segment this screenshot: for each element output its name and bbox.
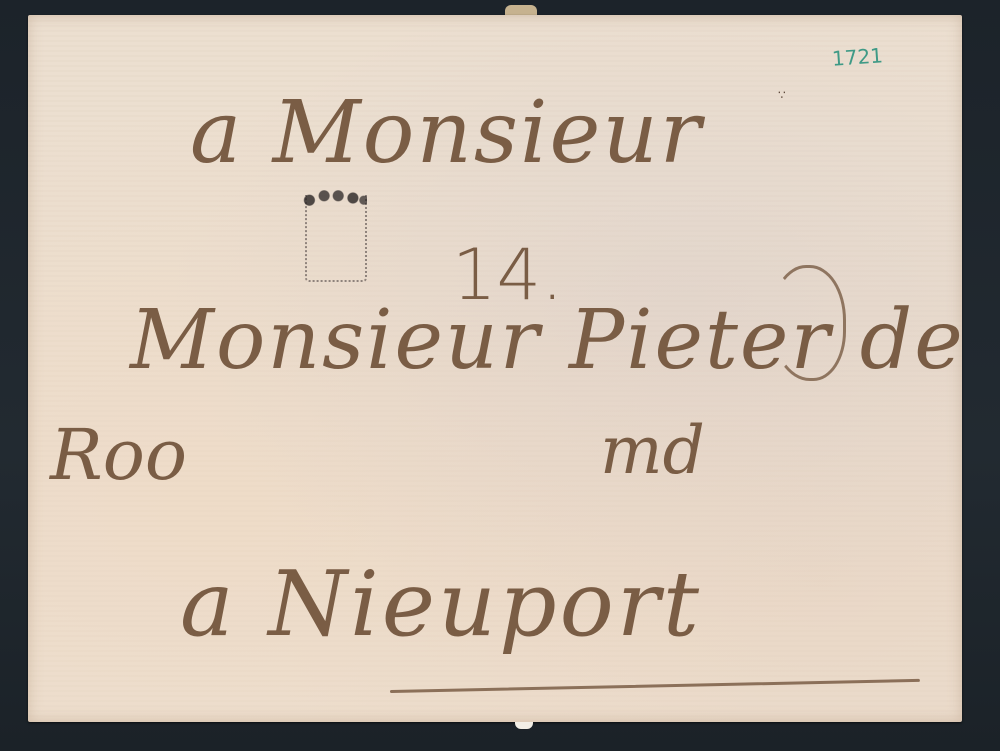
address-line-4-destination: a Nieuport bbox=[180, 560, 702, 650]
address-line-3-abbrev: md bbox=[600, 418, 705, 484]
docket-year: 1721 bbox=[831, 43, 883, 70]
address-line-1: a Monsieur bbox=[190, 90, 703, 176]
paper-tab-bottom bbox=[515, 722, 533, 729]
ink-tick: ∵ bbox=[778, 88, 788, 100]
flourish-icon bbox=[770, 265, 846, 381]
crown-stamp-icon bbox=[305, 195, 367, 282]
address-line-3-surname: Roo bbox=[50, 420, 187, 490]
